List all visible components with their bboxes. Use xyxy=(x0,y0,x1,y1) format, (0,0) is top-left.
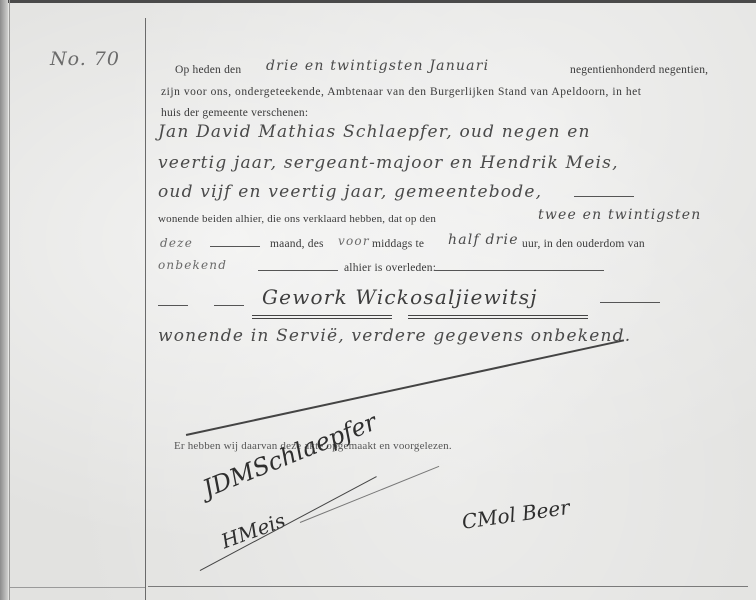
handwritten-month: deze xyxy=(160,236,193,250)
bottom-rule xyxy=(148,586,748,587)
handwritten-residence: wonende in Servië, verdere gegevens onbe… xyxy=(158,326,631,346)
signature-declarant-2: HMeis xyxy=(218,508,289,553)
name-underline xyxy=(408,315,588,316)
printed-line-1a: Op heden den xyxy=(175,64,241,76)
bottom-rule-left xyxy=(10,587,145,588)
name-underline xyxy=(252,315,392,316)
fill-dash xyxy=(214,305,244,306)
printed-line-3: huis der gemeente verschenen: xyxy=(161,107,308,119)
printed-line-1b: negentienhonderd negentien, xyxy=(570,64,708,76)
printed-overleden: alhier is overleden: xyxy=(344,262,436,274)
scan-left-edge xyxy=(0,0,8,600)
fill-dash xyxy=(210,246,260,247)
handwritten-deceased-name: Gework Wickosaljiewitsj xyxy=(262,285,538,309)
printed-maand: maand, des xyxy=(270,238,324,250)
handwritten-declarant-1-occupation: veertig jaar, sergeant-majoor en Hendrik… xyxy=(158,153,619,173)
fill-dash xyxy=(258,270,338,271)
handwritten-declarant-1: Jan David Mathias Schlaepfer, oud negen … xyxy=(158,122,591,142)
handwritten-time: half drie xyxy=(448,232,519,248)
signature-registrar: CMol Beer xyxy=(460,495,571,534)
fill-dash xyxy=(574,196,634,197)
printed-ouderdom: uur, in den ouderdom van xyxy=(522,238,645,250)
name-underline xyxy=(408,318,588,319)
certificate-page: No. 70 Op heden den drie en twintigsten … xyxy=(0,0,756,600)
printed-line-7: wonende beiden alhier, die ons verklaard… xyxy=(158,213,436,225)
name-underline xyxy=(252,318,392,319)
fill-dash xyxy=(434,270,604,271)
margin-rule xyxy=(145,18,146,600)
handwritten-voor: voor xyxy=(338,234,370,248)
closing-stroke xyxy=(186,339,624,435)
left-border-rule xyxy=(9,0,10,600)
handwritten-declarant-2: oud vijf en veertig jaar, gemeentebode, xyxy=(158,182,542,202)
act-number: No. 70 xyxy=(50,48,120,70)
handwritten-age: onbekend xyxy=(158,258,227,272)
printed-middags: middags te xyxy=(372,238,424,250)
signature-flourish xyxy=(300,466,439,523)
fill-dash xyxy=(158,305,188,306)
handwritten-date: drie en twintigsten Januari xyxy=(266,58,489,74)
fill-dash xyxy=(600,302,660,303)
scan-top-edge xyxy=(0,0,756,3)
handwritten-death-day: twee en twintigsten xyxy=(538,207,701,223)
printed-line-2: zijn voor ons, ondergeteekende, Ambtenaa… xyxy=(161,86,642,98)
